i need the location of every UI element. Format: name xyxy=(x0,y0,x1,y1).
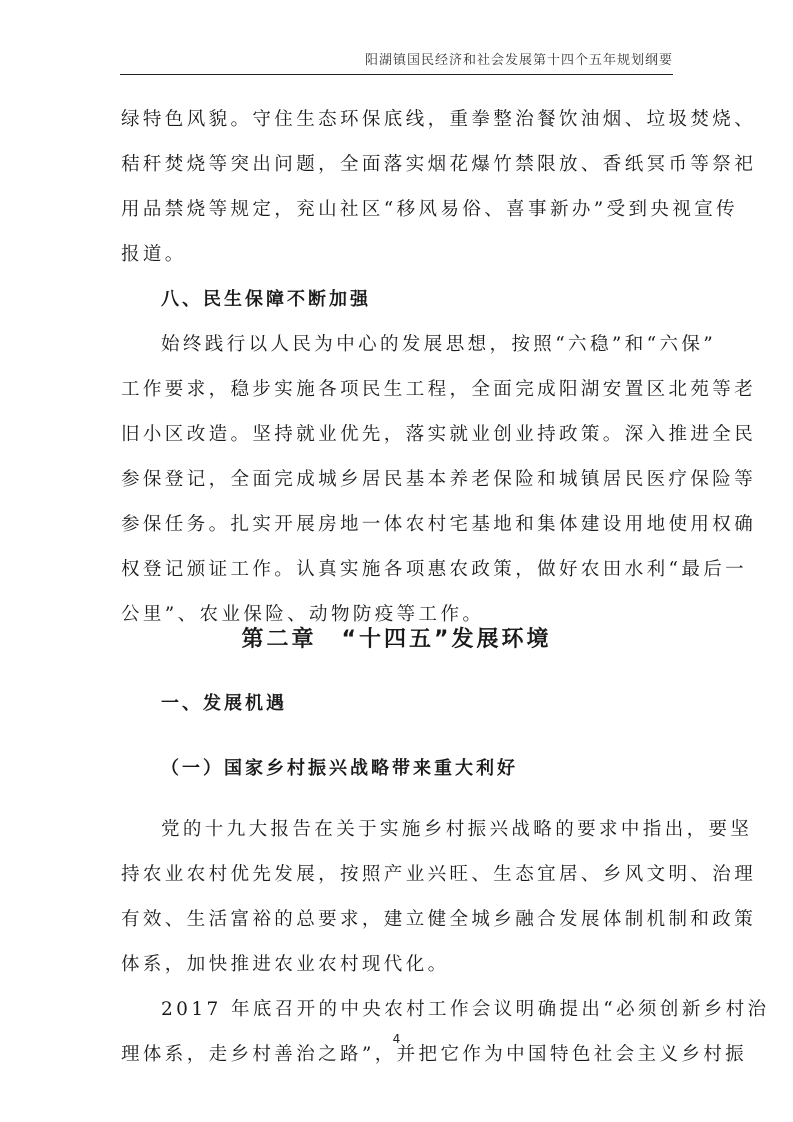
body-line: 体系，加快推进农业农村现代化。 xyxy=(121,945,681,990)
section-heading: 八、民生保障不断加强 xyxy=(121,280,681,325)
body-line: 旧小区改造。坚持就业优先，落实就业创业持政策。深入推进全民 xyxy=(121,415,681,460)
body-line: 参保登记，全面完成城乡居民基本养老保险和城镇居民医疗保险等 xyxy=(121,460,681,505)
page-body: 绿特色风貌。守住生态环保底线，重拳整治餐饮油烟、垃圾焚烧、 秸秆焚烧等突出问题，… xyxy=(121,100,681,640)
body-line: 工作要求，稳步实施各项民生工程，全面完成阳湖安置区北苑等老 xyxy=(121,370,681,415)
body-line: 权登记颁证工作。认真实施各项惠农政策，做好农田水利“最后一 xyxy=(121,550,681,595)
body-line: 党的十九大报告在关于实施乡村振兴战略的要求中指出，要坚 xyxy=(121,810,681,855)
body-line: 用品禁烧等规定，兖山社区“移风易俗、喜事新办”受到央视宣传 xyxy=(121,190,681,235)
body-line: 持农业农村优先发展，按照产业兴旺、生态宜居、乡风文明、治理 xyxy=(121,855,681,900)
chapter-title: 第二章 “十四五”发展环境 xyxy=(0,622,793,653)
page-header: 阳湖镇国民经济和社会发展第十四个五年规划纲要 xyxy=(120,52,673,75)
body-line: 始终践行以人民为中心的发展思想，按照“六稳”和“六保” xyxy=(121,325,681,370)
body-line: 秸秆焚烧等突出问题，全面落实烟花爆竹禁限放、香纸冥币等祭祀 xyxy=(121,145,681,190)
page-number: 4 xyxy=(0,1032,793,1046)
body-line: 有效、生活富裕的总要求，建立健全城乡融合发展体制机制和政策 xyxy=(121,900,681,945)
body-line: 2017 年底召开的中央农村工作会议明确提出“必须创新乡村治 xyxy=(121,990,681,1035)
body-line: 绿特色风貌。守住生态环保底线，重拳整治餐饮油烟、垃圾焚烧、 xyxy=(121,100,681,145)
body-line: 报道。 xyxy=(121,235,681,280)
body-line: 参保任务。扎实开展房地一体农村宅基地和集体建设用地使用权确 xyxy=(121,505,681,550)
chapter-body: 一、发展机遇 （一）国家乡村振兴战略带来重大利好 党的十九大报告在关于实施乡村振… xyxy=(121,684,681,1080)
subsection-heading: （一）国家乡村振兴战略带来重大利好 xyxy=(121,749,681,794)
section-heading: 一、发展机遇 xyxy=(121,684,681,729)
header-title: 阳湖镇国民经济和社会发展第十四个五年规划纲要 xyxy=(365,53,673,68)
